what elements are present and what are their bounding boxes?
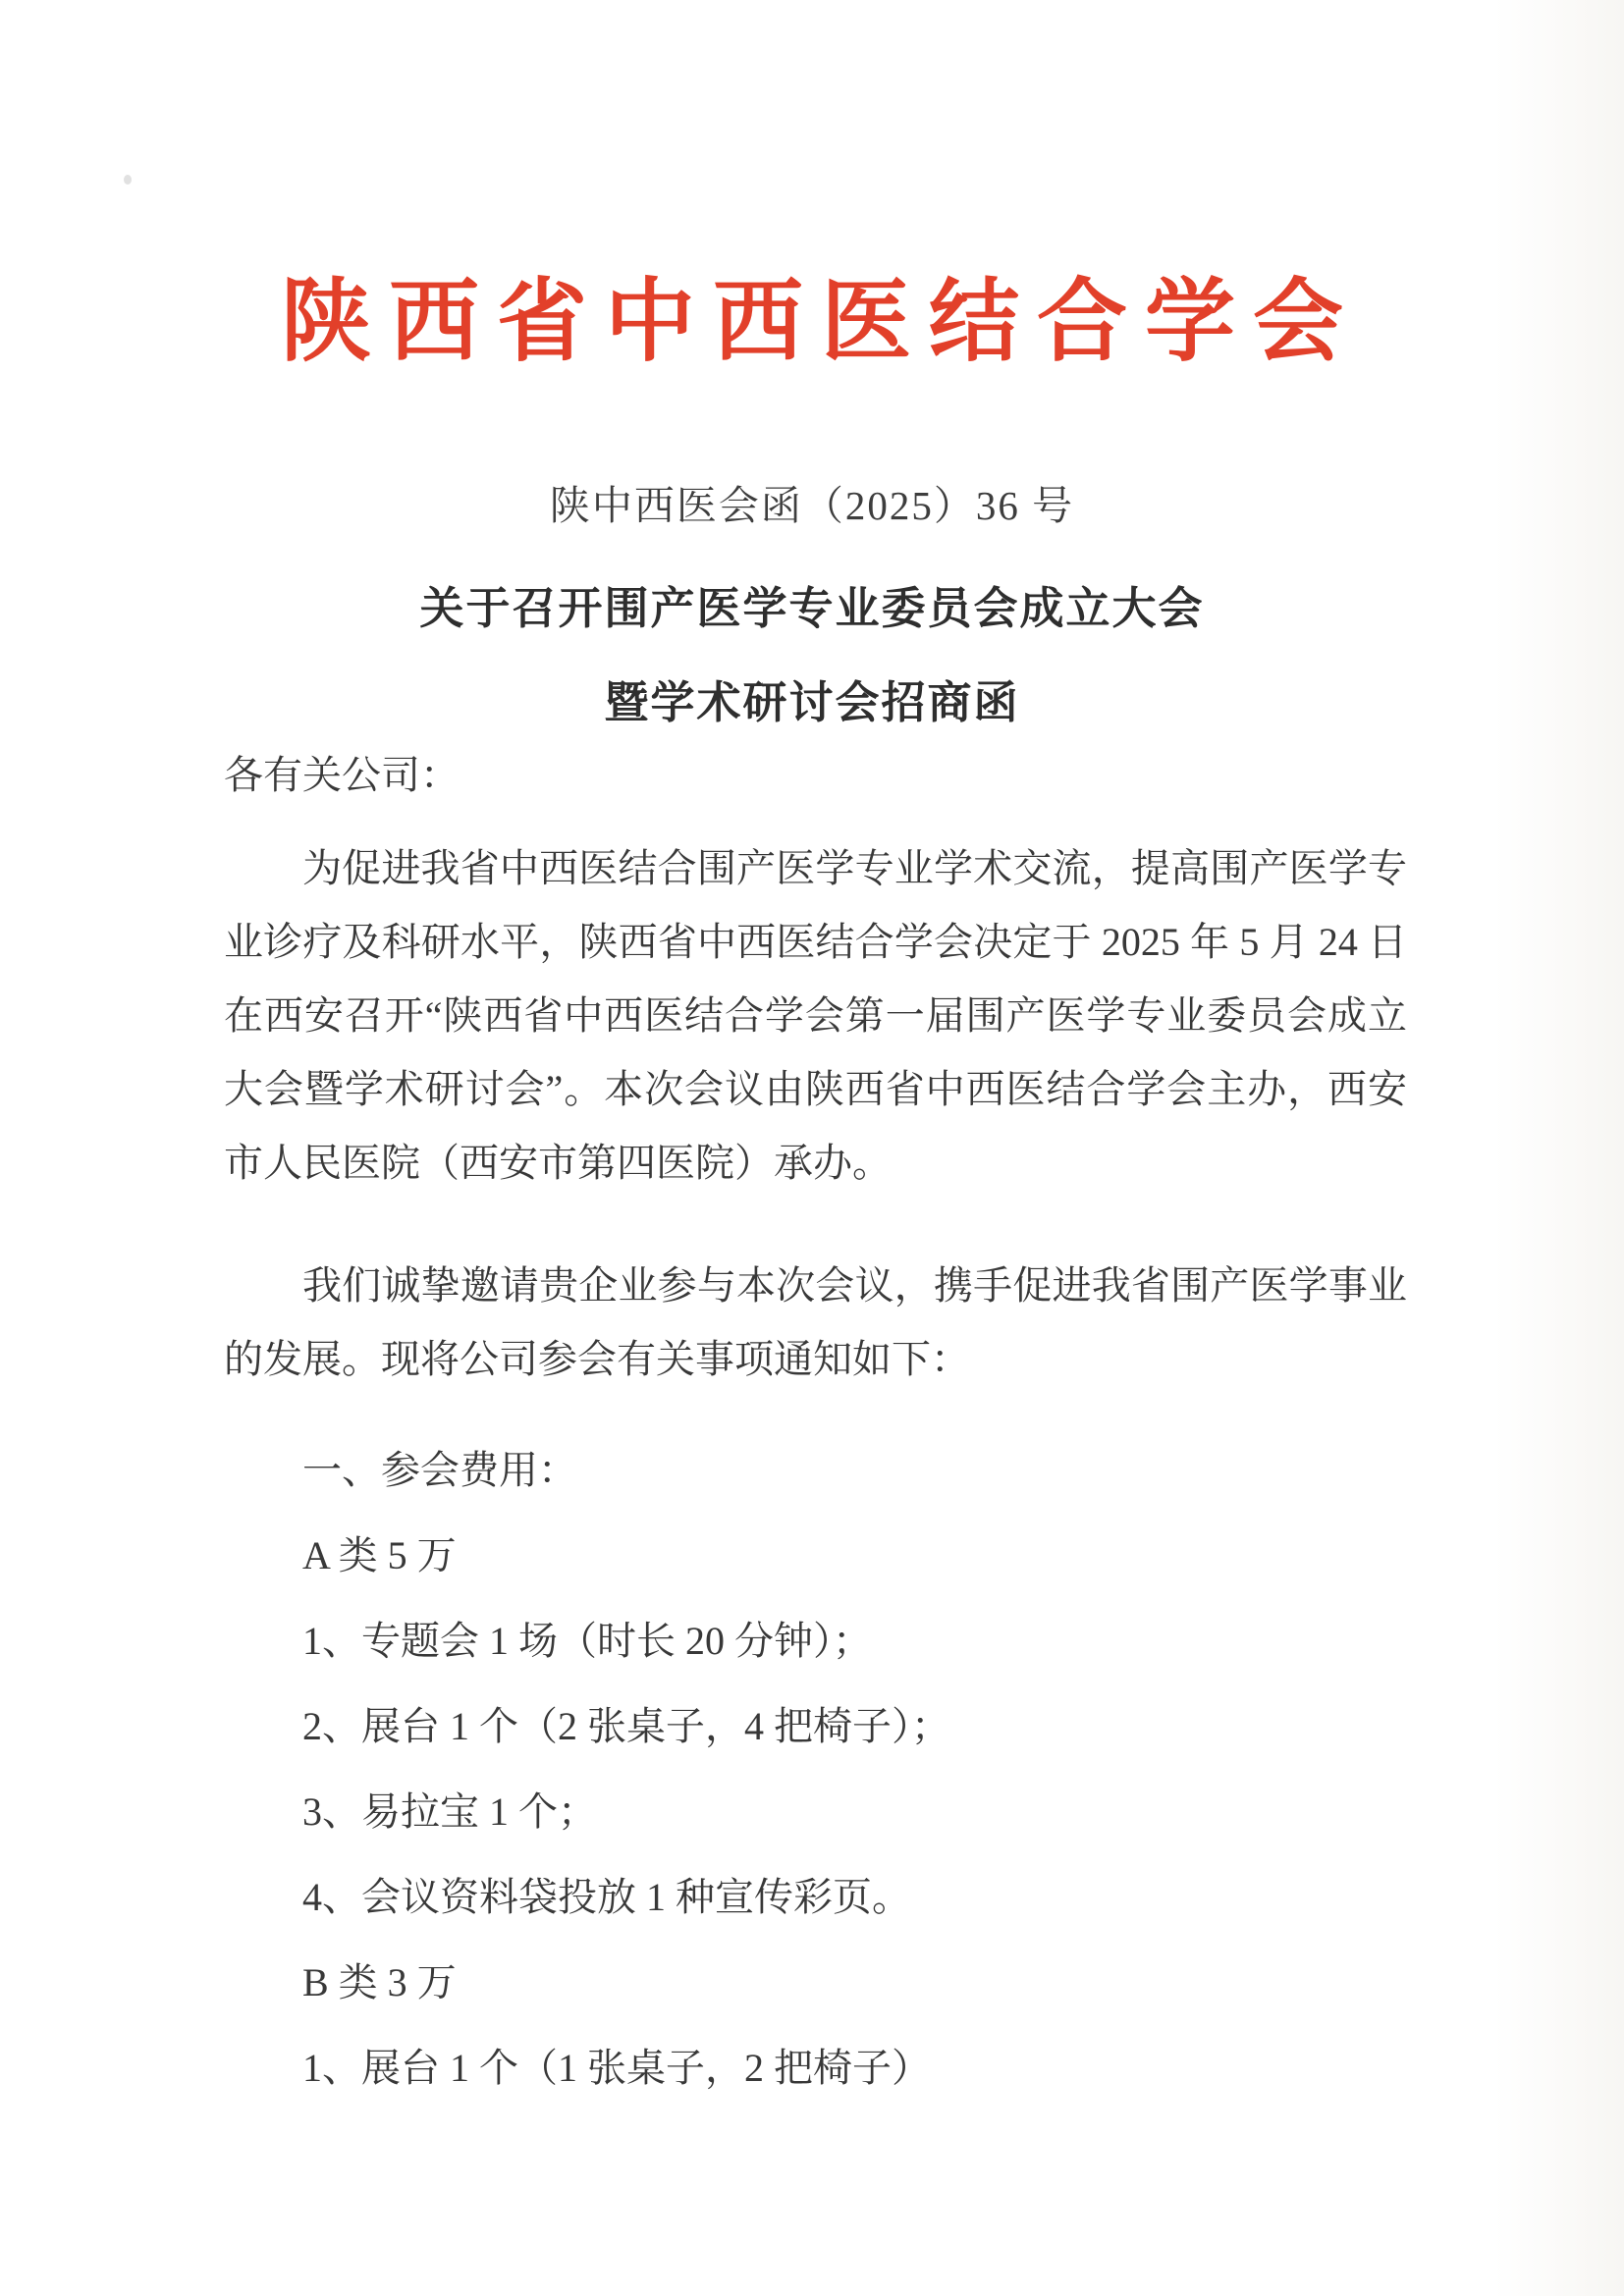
letter-body: 各有关公司： 为促进我省中西医结合围产医学专业学术交流，提高围产医学专业诊疗及科… (0, 747, 1624, 2110)
fee-line-a-item-2: 2、展台 1 个（2 张桌子，4 把椅子）； (224, 1683, 1407, 1769)
salutation: 各有关公司： (224, 747, 1407, 804)
subject-line-2: 暨学术研讨会招商函 (0, 675, 1624, 730)
body-paragraph-2: 我们诚挚邀请贵企业参与本次会议，携手促进我省围产医学事业的发展。现将公司参会有关… (224, 1249, 1407, 1396)
fee-line-a-item-4: 4、会议资料袋投放 1 种宣传彩页。 (224, 1854, 1407, 1940)
subject-line-1: 关于召开围产医学专业委员会成立大会 (0, 581, 1624, 636)
fee-line-class-b: B 类 3 万 (224, 1940, 1407, 2025)
section-heading-fees: 一、参会费用： (224, 1433, 1407, 1507)
doc-number: 陕中西医会函（2025）36 号 (0, 481, 1624, 530)
fee-line-a-item-3: 3、易拉宝 1 个； (224, 1769, 1407, 1854)
fee-line-b-item-1: 1、展台 1 个（1 张桌子，2 把椅子） (224, 2025, 1407, 2110)
body-paragraph-1: 为促进我省中西医结合围产医学专业学术交流，提高围产医学专业诊疗及科研水平，陕西省… (224, 831, 1407, 1200)
document-page: 陕西省中西医结合学会 陕中西医会函（2025）36 号 关于召开围产医学专业委员… (0, 0, 1624, 2296)
fee-line-class-a: A 类 5 万 (224, 1513, 1407, 1598)
scan-artifact (124, 175, 132, 185)
letterhead-title: 陕西省中西医结合学会 (0, 273, 1624, 371)
fee-line-a-item-1: 1、专题会 1 场（时长 20 分钟）； (224, 1598, 1407, 1683)
